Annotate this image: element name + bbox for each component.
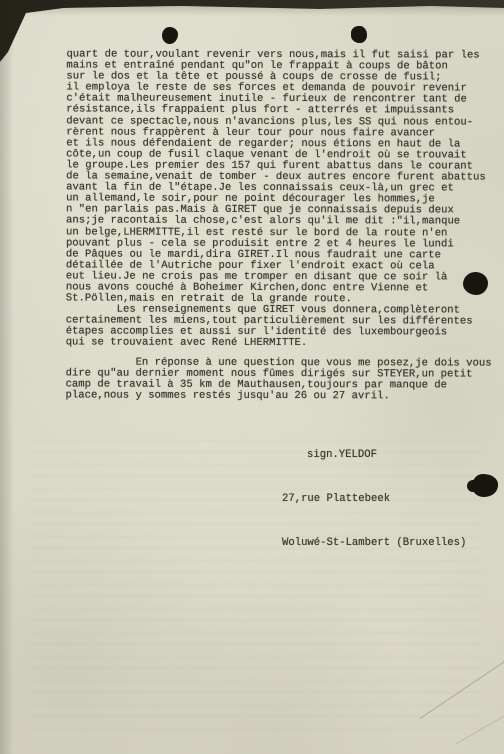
paper-sheet: quart de tour,voulant revenir vers nous,…: [0, 0, 504, 754]
ink-blot-bottom-right: [472, 474, 498, 497]
signature-name: sign.YELDOF: [282, 448, 466, 463]
text-line: qui se trouvaient avec René LHERMITTE.: [66, 338, 496, 350]
signature-address-street: 27,rue Plattebeek: [282, 492, 466, 507]
paragraph: quart de tour,voulant revenir vers nous,…: [66, 49, 497, 305]
typewritten-text: quart de tour,voulant revenir vers nous,…: [66, 49, 497, 402]
paragraph: Les renseignements que GIRET vous donner…: [66, 305, 496, 351]
text-line: place,nous y sommes restés jusqu'au 26 o…: [66, 390, 496, 402]
ink-blot-top-right: [351, 26, 367, 43]
paragraph: En réponse à une question que vous me po…: [66, 357, 496, 403]
scanned-document-page: quart de tour,voulant revenir vers nous,…: [0, 0, 504, 754]
ink-blot-top-left: [162, 27, 178, 44]
signature-address-city: Woluwé-St-Lambert (Bruxelles): [282, 536, 466, 551]
paper-fold-crease: [420, 651, 504, 719]
paper-fold-crease: [455, 704, 504, 745]
signature-block: sign.YELDOF 27,rue Plattebeek Woluwé-St-…: [282, 419, 466, 580]
